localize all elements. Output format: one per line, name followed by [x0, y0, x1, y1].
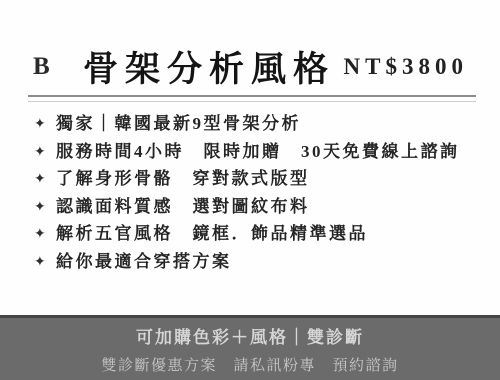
feature-text: 服務時間4小時 限時加贈 30天免費線上諮詢	[56, 138, 460, 166]
page-title: 骨架分析風格	[83, 42, 335, 92]
footer-banner: 可加購色彩＋風格｜雙診斷 雙診斷優惠方案 請私訊粉專 預約諮詢	[0, 315, 500, 380]
footer-line-1: 可加購色彩＋風格｜雙診斷	[136, 323, 364, 348]
footer-line-2: 雙診斷優惠方案 請私訊粉專 預約諮詢	[101, 354, 398, 375]
list-item: ✦ 獨家｜韓國最新9型骨架分析	[34, 110, 490, 138]
plan-label: B	[33, 53, 73, 81]
diamond-bullet-icon: ✦	[34, 194, 56, 222]
feature-text: 給你最適合穿搭方案	[56, 248, 232, 276]
list-item: ✦ 解析五官風格 鏡框．飾品精準選品	[34, 220, 490, 248]
diamond-bullet-icon: ✦	[34, 139, 56, 167]
diamond-bullet-icon: ✦	[34, 221, 56, 249]
list-item: ✦ 服務時間4小時 限時加贈 30天免費線上諮詢	[34, 138, 490, 166]
diamond-bullet-icon: ✦	[34, 249, 56, 277]
feature-text: 解析五官風格 鏡框．飾品精準選品	[56, 220, 368, 248]
price-badge: NT$3800	[344, 54, 468, 80]
feature-list: ✦ 獨家｜韓國最新9型骨架分析 ✦ 服務時間4小時 限時加贈 30天免費線上諮詢…	[34, 110, 490, 275]
diamond-bullet-icon: ✦	[34, 166, 56, 194]
list-item: ✦ 給你最適合穿搭方案	[34, 248, 490, 276]
feature-text: 了解身形骨骼 穿對款式版型	[56, 165, 310, 193]
price-card: B 骨架分析風格 NT$3800 ✦ 獨家｜韓國最新9型骨架分析 ✦ 服務時間4…	[0, 0, 500, 380]
header-divider	[28, 95, 476, 102]
feature-text: 認識面料質感 選對圖紋布料	[56, 193, 310, 221]
feature-text: 獨家｜韓國最新9型骨架分析	[56, 110, 301, 138]
list-item: ✦ 了解身形骨骼 穿對款式版型	[34, 165, 490, 193]
card-header: B 骨架分析風格 NT$3800	[0, 42, 500, 92]
list-item: ✦ 認識面料質感 選對圖紋布料	[34, 193, 490, 221]
diamond-bullet-icon: ✦	[34, 111, 56, 139]
